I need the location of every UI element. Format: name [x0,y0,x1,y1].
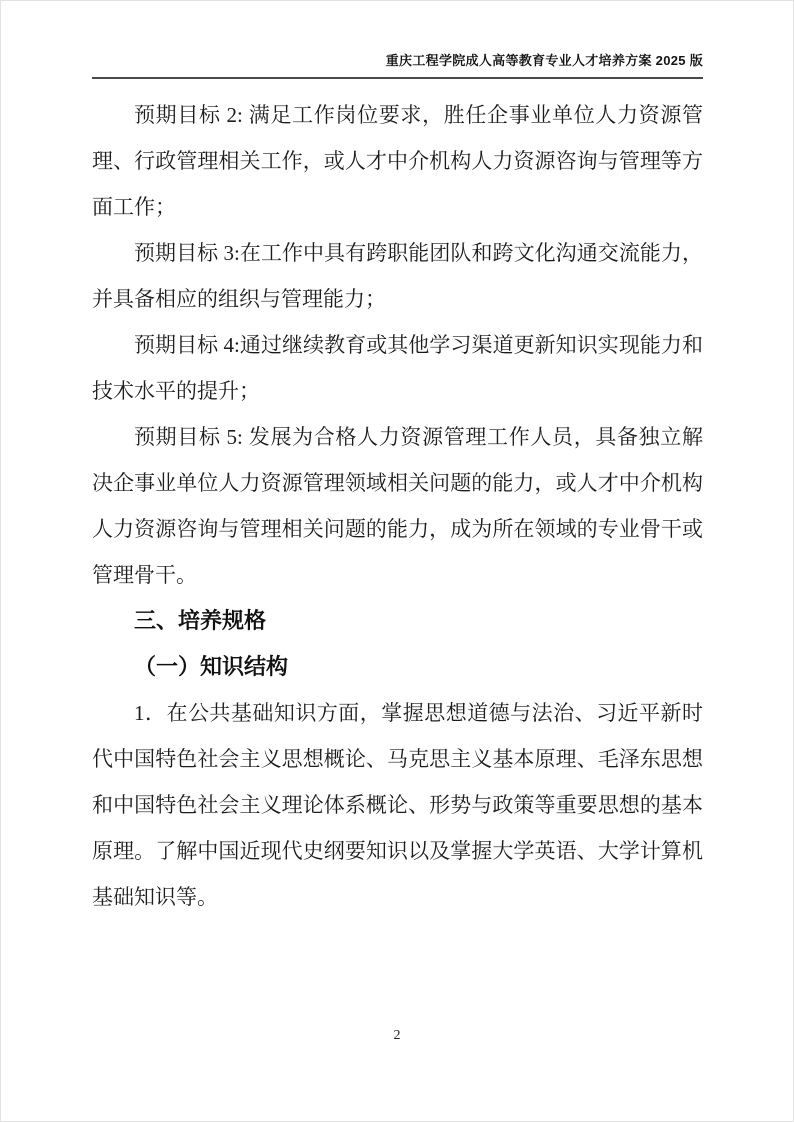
heading-training-specifications: 三、培养规格 [92,598,703,644]
paragraph-expected-goal-2: 预期目标 2: 满足工作岗位要求，胜任企事业单位人力资源管理、行政管理相关工作，… [92,92,703,230]
document-page: 重庆工程学院成人高等教育专业人才培养方案 2025 版 预期目标 2: 满足工作… [0,0,794,1122]
paragraph-expected-goal-5: 预期目标 5: 发展为合格人力资源管理工作人员，具备独立解决企事业单位人力资源管… [92,414,703,598]
document-body: 预期目标 2: 满足工作岗位要求，胜任企事业单位人力资源管理、行政管理相关工作，… [92,92,703,920]
page-header-title: 重庆工程学院成人高等教育专业人才培养方案 2025 版 [386,51,703,71]
heading-knowledge-structure: （一）知识结构 [92,644,703,690]
page-number: 2 [0,1026,794,1046]
paragraph-public-basic-knowledge: 1．在公共基础知识方面，掌握思想道德与法治、习近平新时代中国特色社会主义思想概论… [92,690,703,920]
header-rule [92,77,703,79]
paragraph-expected-goal-3: 预期目标 3:在工作中具有跨职能团队和跨文化沟通交流能力，并具备相应的组织与管理… [92,230,703,322]
paragraph-expected-goal-4: 预期目标 4:通过继续教育或其他学习渠道更新知识实现能力和技术水平的提升； [92,322,703,414]
